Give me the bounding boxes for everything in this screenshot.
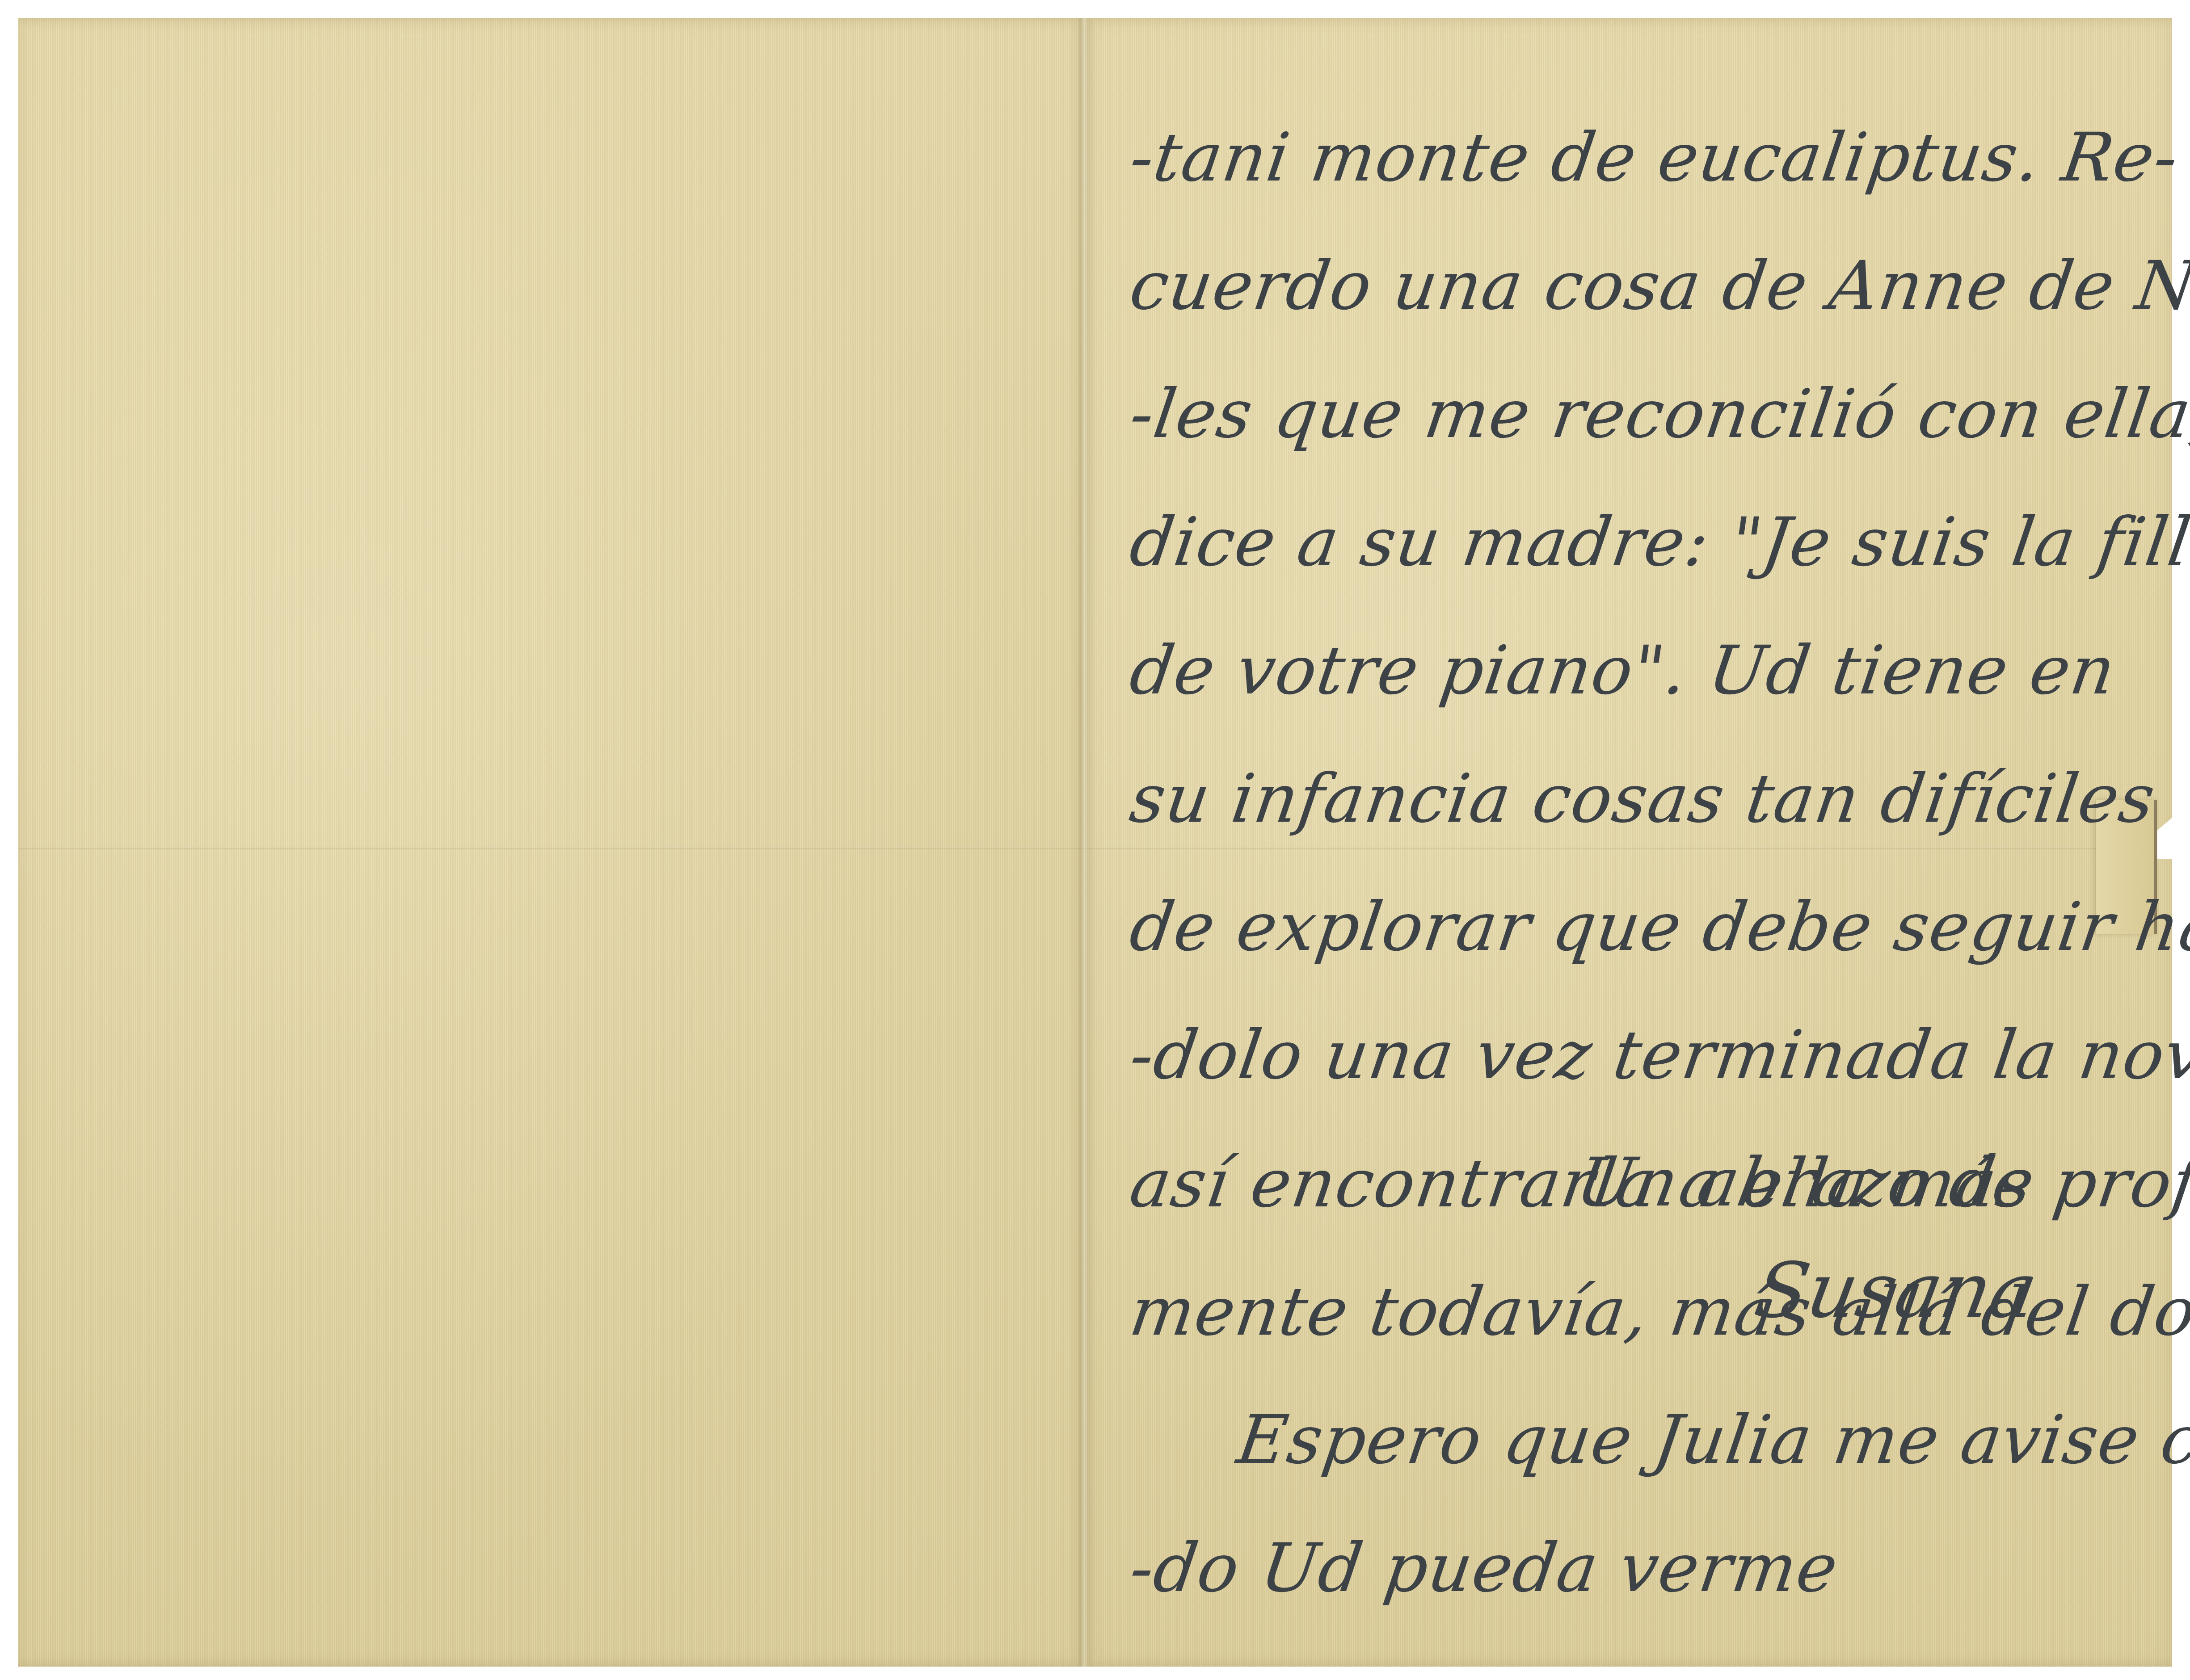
- letter-line: de votre piano". Ud tiene en: [1122, 607, 2159, 735]
- letter-body: -tani monte de eucaliptus. Re- cuerdo un…: [1131, 94, 2150, 1633]
- letter-line: cuerdo una cosa de Anne de Noail-: [1122, 222, 2159, 350]
- letter-line: su infancia cosas tan difíciles: [1122, 735, 2159, 863]
- letter-line-paragraph-2: Espero que Julia me avise cuan-: [1122, 1376, 2159, 1504]
- center-fold-crease: [1079, 18, 1089, 1667]
- letter-line: -les que me reconcilió con ella, cuando: [1122, 350, 2159, 479]
- letter-line: -tani monte de eucaliptus. Re-: [1122, 94, 2159, 222]
- horizontal-fold-crease: [18, 847, 1084, 850]
- left-page-blank: [18, 18, 1084, 1667]
- letter-line: dice a su madre: "Je suis la fille: [1122, 479, 2159, 607]
- letter-line-paragraph-2: -do Ud pueda verme: [1122, 1504, 2159, 1633]
- letter-line: de explorar que debe seguir hacién-: [1122, 863, 2159, 991]
- letter-line: -dolo una vez terminada la novela y: [1122, 991, 2159, 1120]
- closing-phrase: Un abrazo de: [1571, 1144, 2040, 1222]
- signature: Susana: [1749, 1247, 2044, 1335]
